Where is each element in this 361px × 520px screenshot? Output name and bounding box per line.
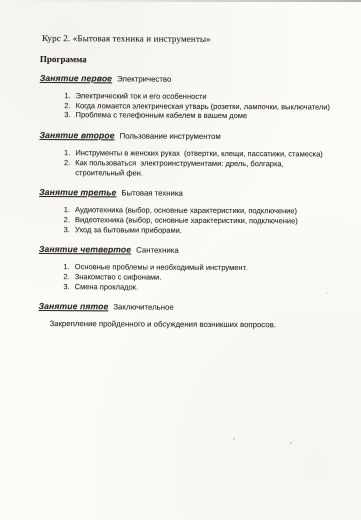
lesson-4-items: Основные проблемы и необходимый инструме…: [39, 262, 327, 293]
lesson-1-head: Занятие первоеЭлектричество: [40, 71, 328, 86]
lesson-2-items: Инструменты в женских руках (отвертки, к…: [39, 148, 327, 179]
lesson-2-head: Занятие второеПользование инструментом: [39, 128, 327, 143]
list-item: Уход за бытовыми приборами.: [72, 225, 327, 236]
lesson-4-subtitle: Сантехника: [136, 246, 179, 255]
lesson-5-subtitle: Заключительное: [113, 303, 173, 312]
scan-speck: [290, 442, 292, 444]
lesson-2-name: Занятие второе: [39, 130, 114, 140]
lesson-3-head: Занятие третьеБытовая техника: [39, 185, 327, 200]
lesson-4-name: Занятие четвертое: [39, 244, 131, 254]
scan-top-edge-shadow: [0, 0, 361, 2]
list-item: Смена прокладок.: [72, 282, 327, 293]
lesson-4-head: Занятие четвертоеСантехника: [39, 242, 327, 257]
lesson-1-name: Занятие первое: [40, 73, 112, 83]
lesson-section-2: Занятие второеПользование инструментом И…: [39, 128, 327, 179]
lesson-section-1: Занятие первоеЭлектричество Электрически…: [40, 71, 328, 122]
lesson-3-items: Аудиотехника (выбор, основные характерис…: [39, 205, 327, 236]
scan-speck: [233, 438, 235, 440]
lesson-5-name: Занятие пятое: [39, 301, 109, 311]
lesson-5-head: Занятие пятоеЗаключительное: [39, 299, 327, 314]
lesson-3-name: Занятие третье: [39, 187, 116, 197]
lesson-3-subtitle: Бытовая техника: [121, 189, 182, 198]
scan-speck: [326, 292, 329, 294]
lesson-1-subtitle: Электричество: [117, 74, 171, 83]
lesson-1-items: Электрический ток и его особенности Когд…: [40, 91, 328, 122]
closing-note: Закрепление пройденного и обсуждения воз…: [49, 319, 326, 330]
list-item: Проблема с телефонным кабелем в вашем до…: [73, 111, 328, 122]
program-heading: Программа: [40, 54, 328, 67]
lesson-2-subtitle: Пользование инструментом: [120, 132, 221, 142]
lesson-section-5: Занятие пятоеЗаключительное Закрепление …: [38, 299, 326, 331]
document-content: Курс 2. «Бытовая техника и инструменты» …: [38, 33, 328, 331]
scanned-document-page: Курс 2. «Бытовая техника и инструменты» …: [0, 0, 361, 520]
lesson-section-3: Занятие третьеБытовая техника Аудиотехни…: [39, 185, 327, 236]
lesson-section-4: Занятие четвертоеСантехника Основные про…: [39, 242, 327, 293]
list-item: Как пользоваться электроинструментами: д…: [72, 158, 327, 179]
course-title: Курс 2. «Бытовая техника и инструменты»: [42, 33, 328, 45]
